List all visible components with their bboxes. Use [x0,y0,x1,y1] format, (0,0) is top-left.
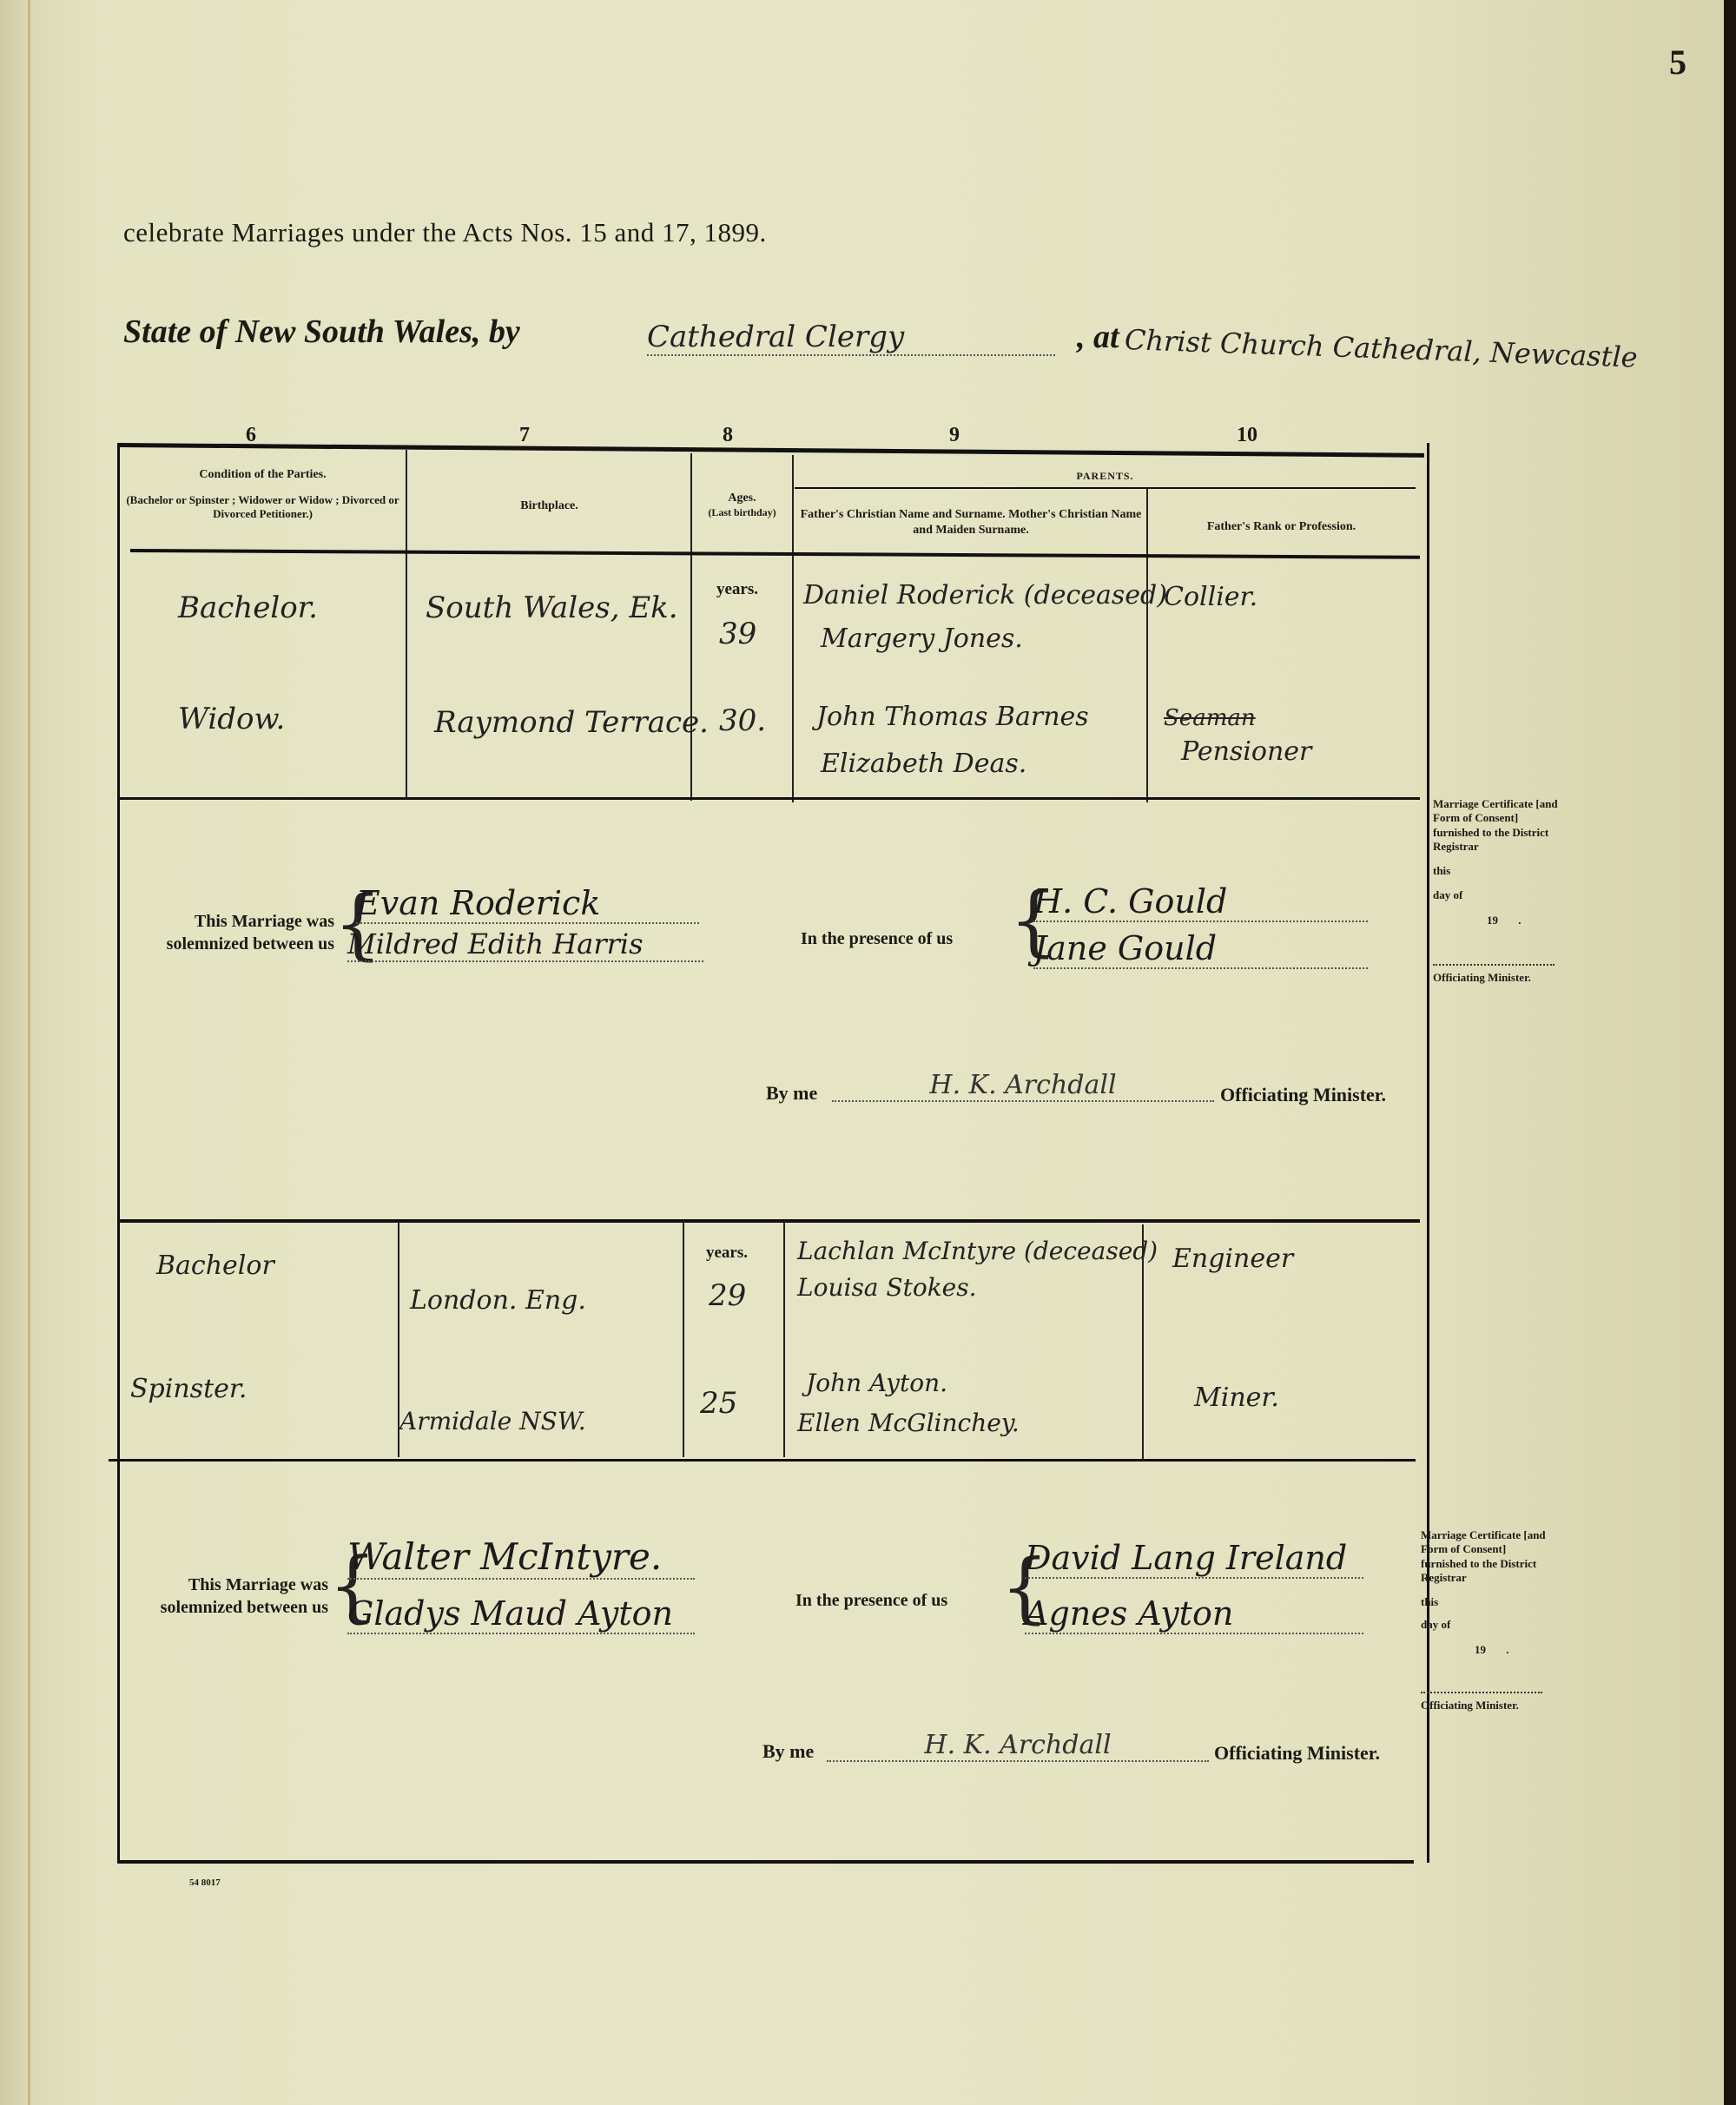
entry2-solemnized-label: This Marriage was solemnized between us [113,1574,328,1619]
side-note-signature-line [1433,964,1554,966]
side-note-this: this [1421,1595,1551,1609]
header-condition: Condition of the Parties. (Bachelor or S… [122,467,404,521]
entry1-bride-father-rank: Pensioner [1181,736,1311,767]
side-note-text: Marriage Certificate [and Form of Consen… [1421,1528,1551,1585]
solemnized-label-line1: This Marriage was [113,1574,328,1596]
entry2-groom-father: Lachlan McIntyre (deceased) [797,1237,1158,1265]
entry1-officiating-label: Officiating Minister. [1220,1084,1386,1106]
entry1-data-bottom-rule [120,797,1420,800]
entry2-groom-condition: Bachelor [156,1250,274,1281]
side-note-day-of: day of [1433,888,1563,902]
side-note-signature-line [1421,1692,1542,1693]
entry-separator-rule [120,1219,1420,1223]
header-birthplace: Birthplace. [408,498,690,514]
entry1-bride-birthplace: Raymond Terrace. [434,705,709,740]
entry2-witness-2: Agnes Ayton [1025,1594,1363,1634]
parents-rule [795,487,1416,489]
page-heading: celebrate Marriages under the Acts Nos. … [123,217,767,248]
entry2-groom-mother: Louisa Stokes. [797,1273,977,1302]
entry2-minister-signature: H. K. Archdall [827,1730,1209,1762]
state-prefix: State of New South Wales, by [123,313,520,351]
entry2-party-1: Walter McIntyre. [347,1535,695,1580]
entry1-bride-mother: Elizabeth Deas. [821,749,1026,779]
entry2-bride-birthplace: Armidale NSW. [399,1407,586,1435]
header-ages: Ages. (Last birthday) [692,491,792,519]
entry2-bride-mother: Ellen McGlinchey. [797,1409,1020,1437]
entry1-bride-condition: Widow. [178,702,285,736]
side-note-dot: . [1488,1643,1508,1656]
entry2-groom-birthplace: London. Eng. [410,1285,586,1316]
side-note-dot: . [1501,914,1521,927]
entry1-minister-signature: H. K. Archdall [832,1070,1214,1102]
entry2-witness-1: David Lang Ireland [1025,1539,1363,1579]
entry1-years-label: years. [716,580,758,599]
location-field: Christ Church Cathedral, Newcastle [1124,323,1638,374]
at-label: , at [1077,318,1119,356]
divider [783,1223,785,1457]
side-note-year: 19 [1475,1643,1486,1656]
table-bottom-rule [117,1860,1414,1864]
entry1-presence-label: In the presence of us [801,929,953,949]
header-ages-note: (Last birthday) [692,506,792,519]
header-parents: PARENTS. [795,470,1416,483]
entry2-bride-father-rank: Miner. [1194,1382,1279,1413]
entry1-groom-condition: Bachelor. [178,591,318,625]
page-number: 5 [1669,42,1686,82]
entry1-bride-age: 30. [719,703,766,738]
divider [792,455,794,802]
entry2-bride-father: John Ayton. [806,1369,947,1397]
side-note-year: 19 [1487,914,1498,927]
header-condition-note: (Bachelor or Spinster ; Widower or Widow… [122,493,404,522]
entry1-bride-father-rank-struck: Seaman [1164,705,1256,731]
side-note-minister: Officiating Minister. [1433,971,1563,985]
entry2-groom-age: 29 [709,1278,746,1313]
register-page: 5 celebrate Marriages under the Acts Nos… [0,0,1724,2105]
solemnized-label-line2: solemnized between us [122,933,334,955]
register-table [117,443,1429,1863]
entry1-party-2: Mildred Edith Harris [347,927,703,962]
officiant-body-field: Cathedral Clergy [647,320,1055,356]
divider [406,450,407,799]
binding-gutter [0,0,30,2105]
entry1-groom-father: Daniel Roderick (deceased) [803,580,1167,610]
header-parent-names: Father's Christian Name and Surname. Mot… [797,507,1145,538]
entry1-party-1: Evan Roderick [356,884,699,924]
entry1-groom-mother: Margery Jones. [821,624,1023,654]
entry1-by-me-label: By me [766,1082,817,1105]
entry1-side-note: Marriage Certificate [and Form of Consen… [1433,797,1563,985]
entry2-by-me-label: By me [762,1740,814,1763]
entry2-data-bottom-rule [109,1459,1416,1462]
entry1-bride-father: John Thomas Barnes [816,702,1089,732]
header-father-rank: Father's Rank or Profession. [1149,519,1414,535]
entry2-officiating-label: Officiating Minister. [1214,1742,1380,1765]
form-code: 54 8017 [189,1877,221,1888]
solemnized-label-line2: solemnized between us [113,1596,328,1619]
side-note-minister: Officiating Minister. [1421,1699,1551,1712]
entry2-groom-father-rank: Engineer [1172,1244,1293,1274]
entry1-groom-age: 39 [719,617,756,651]
entry1-solemnized-label: This Marriage was solemnized between us [122,910,334,955]
entry1-witness-2: Jane Gould [1033,929,1368,969]
entry2-presence-label: In the presence of us [795,1591,947,1611]
entry2-years-label: years. [706,1244,748,1263]
divider [1146,488,1148,802]
solemnized-label-line1: This Marriage was [122,910,334,933]
entry2-side-note: Marriage Certificate [and Form of Consen… [1421,1528,1551,1712]
entry1-groom-father-rank: Collier. [1164,582,1257,612]
entry2-bride-condition: Spinster. [130,1374,247,1404]
side-note-day-of: day of [1421,1618,1551,1632]
header-condition-title: Condition of the Parties. [122,467,404,483]
entry1-witness-1: H. C. Gould [1033,882,1368,922]
side-note-this: this [1433,864,1563,878]
entry2-party-2: Gladys Maud Ayton [347,1594,695,1634]
divider [683,1223,684,1457]
side-note-text: Marriage Certificate [and Form of Consen… [1433,797,1563,854]
entry2-bride-age: 25 [700,1386,737,1421]
header-ages-title: Ages. [692,491,792,506]
entry1-groom-birthplace: South Wales, Ek. [426,591,678,625]
